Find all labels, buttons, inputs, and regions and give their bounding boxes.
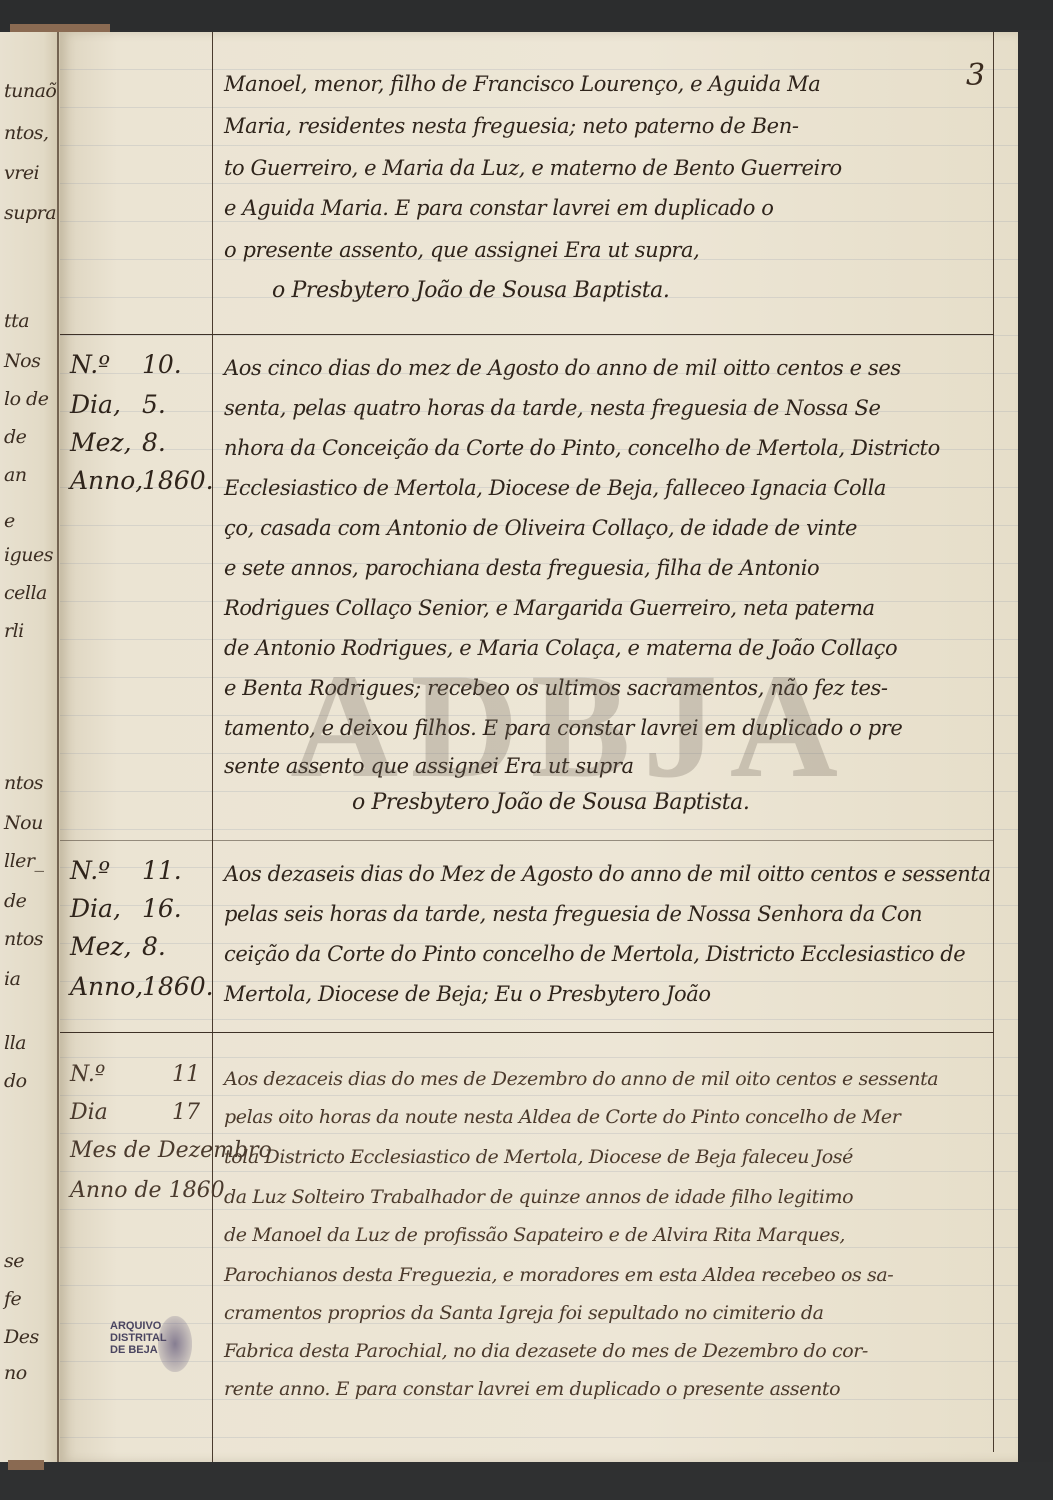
entry-year: Anno,1860. <box>70 466 214 495</box>
left-fragment: rli <box>4 620 24 642</box>
left-fragment: Nos <box>4 350 40 372</box>
left-fragment: se <box>4 1250 24 1272</box>
left-fragment: de <box>4 426 26 448</box>
entry-day: Dia,16. <box>70 894 182 923</box>
page-spine <box>57 32 59 1462</box>
text-line: pelas seis horas da tarde, nesta fregues… <box>224 902 922 926</box>
binding-tab <box>8 1460 44 1470</box>
text-line: Rodrigues Collaço Senior, e Margarida Gu… <box>224 596 875 620</box>
left-fragment: lla <box>4 1032 26 1054</box>
left-fragment: no <box>4 1362 27 1384</box>
entry-year: Anno,1860. <box>70 972 214 1001</box>
left-fragment: cella <box>4 582 47 604</box>
left-fragment: do <box>4 1070 27 1092</box>
text-line: Manoel, menor, filho de Francisco Louren… <box>224 72 820 96</box>
text-line: Aos cinco dias do mez de Agosto do anno … <box>224 356 901 380</box>
left-fragment: fe <box>4 1288 21 1310</box>
left-fragment: supra <box>4 202 56 224</box>
left-fragment: de <box>4 890 26 912</box>
left-page-edge: tunaõ ntos, vrei supra tta Nos lo de de … <box>0 32 62 1462</box>
text-line: senta, pelas quatro horas da tarde, nest… <box>224 396 881 420</box>
text-line: Maria, residentes nesta freguesia; neto … <box>224 114 799 138</box>
text-line: ço, casada com Antonio de Oliveira Colla… <box>224 516 857 540</box>
entry-number: N.º11. <box>70 856 182 885</box>
entry-day: Dia,5. <box>70 390 166 419</box>
scanner-background-top <box>0 0 1053 30</box>
left-fragment: Nou <box>4 812 43 834</box>
text-line: rente anno. E para constar lavrei em dup… <box>224 1378 840 1400</box>
text-line: da Luz Solteiro Trabalhador de quinze an… <box>224 1186 853 1208</box>
text-line: Ecclesiastico de Mertola, Diocese de Bej… <box>224 476 886 500</box>
signature: o Presbytero João de Sousa Baptista. <box>272 278 669 303</box>
entry-number: N.º11 <box>70 1062 200 1087</box>
left-fragment: igues <box>4 544 53 566</box>
text-line: to Guerreiro, e Maria da Luz, e materno … <box>224 156 842 180</box>
left-fragment: Des <box>4 1326 39 1348</box>
left-fragment: lo de <box>4 388 48 410</box>
left-fragment: ntos <box>4 772 43 794</box>
text-line: e Aguida Maria. E para constar lavrei em… <box>224 196 774 220</box>
entry-divider <box>60 1032 994 1033</box>
margin-column-rule <box>212 32 213 1462</box>
entry-year: Anno de 1860 <box>70 1178 225 1203</box>
text-line: tola Districto Ecclesiastico de Mertola,… <box>224 1146 853 1168</box>
archive-stamp: ARQUIVO DISTRITAL DE BEJA <box>110 1320 200 1380</box>
entry-month: Mez,8. <box>70 932 166 961</box>
text-line: e sete annos, parochiana desta freguesia… <box>224 556 819 580</box>
left-fragment: an <box>4 464 27 486</box>
text-line: ceição da Corte do Pinto concelho de Mer… <box>224 942 965 966</box>
text-line: Aos dezaseis dias do Mez de Agosto do an… <box>224 862 991 886</box>
entry-number: N.º10. <box>70 350 182 379</box>
scanner-background-bottom <box>0 1462 1053 1500</box>
left-fragment: ller_ <box>4 850 43 872</box>
entry-month: Mez,8. <box>70 428 166 457</box>
left-fragment: tta <box>4 310 29 332</box>
text-line: de Manoel da Luz de profissão Sapateiro … <box>224 1224 845 1246</box>
archive-watermark: ADBJA <box>290 640 850 812</box>
bull-emblem-icon <box>158 1316 192 1372</box>
text-line: Fabrica desta Parochial, no dia dezasete… <box>224 1340 868 1362</box>
entry-divider <box>60 840 994 841</box>
left-fragment: tunaõ <box>4 80 56 102</box>
entry-divider <box>60 334 994 335</box>
left-fragment: vrei <box>4 162 39 184</box>
text-line: cramentos proprios da Santa Igreja foi s… <box>224 1302 824 1324</box>
left-fragment: e <box>4 510 15 532</box>
text-line: Parochianos desta Freguezia, e moradores… <box>224 1264 893 1286</box>
right-margin-rule <box>993 32 994 1452</box>
text-line: nhora da Conceição da Corte do Pinto, co… <box>224 436 940 460</box>
left-fragment: ntos <box>4 928 43 950</box>
page-number: 3 <box>966 58 985 93</box>
text-line: pelas oito horas da noute nesta Aldea de… <box>224 1106 900 1128</box>
left-fragment: ntos, <box>4 122 49 144</box>
text-line: Aos dezaceis dias do mes de Dezembro do … <box>224 1068 938 1090</box>
entry-day: Dia17 <box>70 1100 200 1125</box>
text-line: Mertola, Diocese de Beja; Eu o Presbyter… <box>224 982 711 1006</box>
left-fragment: ia <box>4 968 20 990</box>
text-line: o presente assento, que assignei Era ut … <box>224 238 699 262</box>
